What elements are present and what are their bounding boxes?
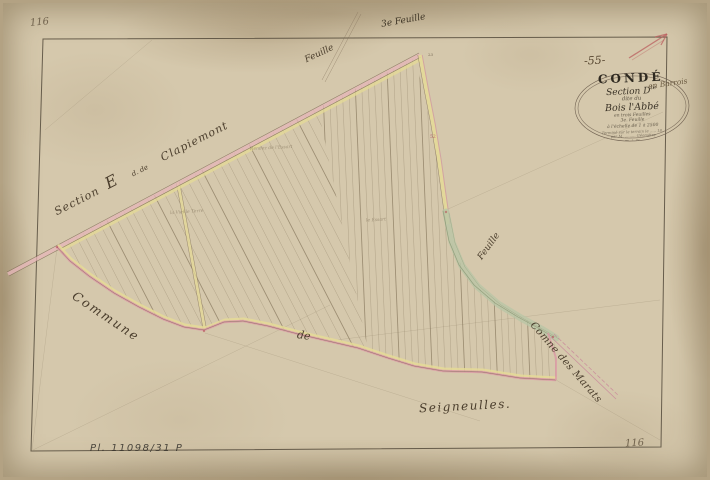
parcel-strips-east bbox=[321, 44, 564, 404]
construction-lines bbox=[32, 40, 663, 450]
corner-number-bottom-right: 116 bbox=[625, 438, 645, 450]
commune-link-label: de bbox=[296, 328, 311, 343]
south-boundary-road bbox=[57, 245, 557, 380]
archive-reference: Pl. 11098/31 P bbox=[90, 443, 183, 454]
faint-field-label-3: le Essart bbox=[366, 217, 386, 223]
series-mark: -55- bbox=[584, 53, 606, 67]
red-pencil-arrow-icon bbox=[629, 34, 667, 60]
parcel-number-23: 23 bbox=[428, 52, 433, 57]
corner-number-top-left: 116 bbox=[30, 16, 50, 29]
boundary-marks bbox=[56, 211, 554, 338]
cadastral-map-sheet: 116 116 Pl. 11098/31 P -55- CONDÉ Sectio… bbox=[0, 0, 710, 480]
parcel-number-52-red: 52 bbox=[430, 135, 436, 140]
parcel-strips-west bbox=[57, 102, 436, 470]
